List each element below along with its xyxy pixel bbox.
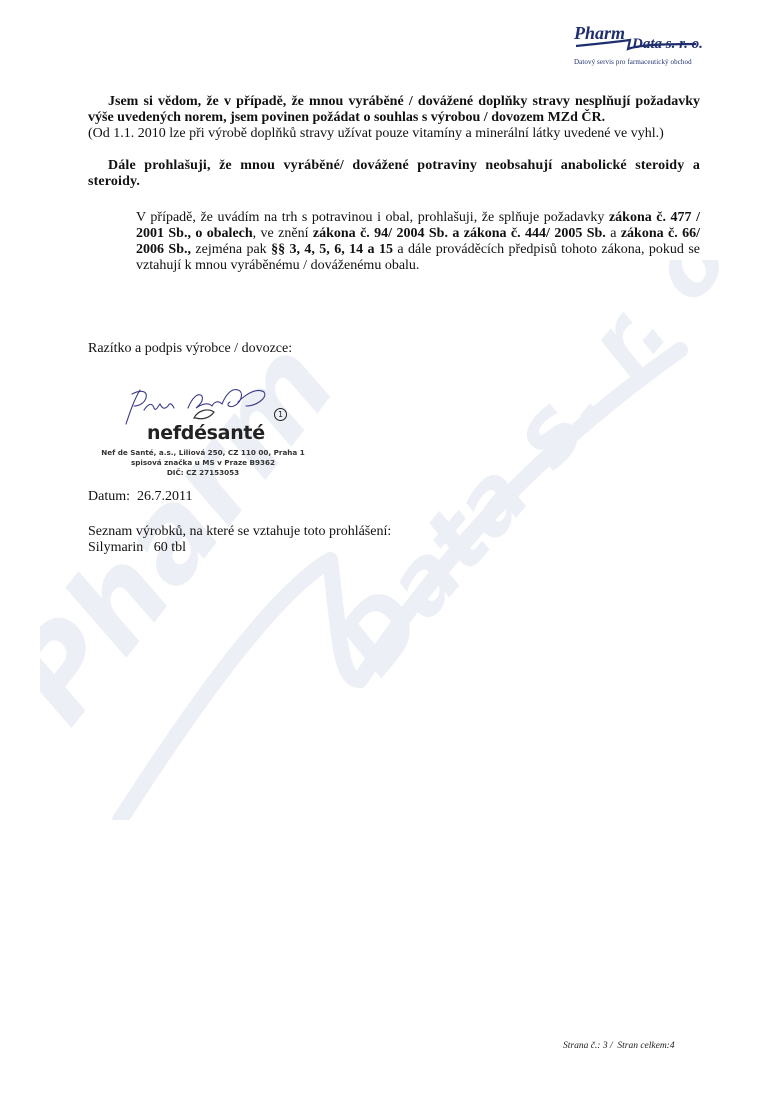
company-stamp: 1 nefdésanté Nef de Santé, a.s., Liliová… [88,384,318,480]
svg-text:Data s. r. o.: Data s. r. o. [631,36,703,52]
logo-tagline: Datový servis pro farmaceutický obchod [574,58,692,66]
page-current: 3 [603,1041,608,1051]
date-value: 26.7.2011 [137,489,192,504]
paragraph-compliance: Jsem si vědom, že v případě, že mnou vyr… [88,94,700,126]
paragraph-steroids: Dále prohlašuji, že mnou vyráběné/ dováž… [88,158,700,190]
stamp-brand: nefdésanté [147,422,265,444]
watermark-text-2: Data s. r. o. [316,260,760,694]
product-name: Silymarin [88,540,143,555]
page-footer: Strana č.: 3 / Stran celkem:4 [563,1041,675,1051]
product-quantity: 60 tbl [154,540,186,555]
pharmdata-logo-mark: Pharm Data s. r. o. [566,22,716,58]
products-label: Seznam výrobků, na které se vztahuje tot… [88,524,391,540]
date-line: Datum: 26.7.2011 [88,489,192,505]
signature-label: Razítko a podpis výrobce / dovozce: [88,341,292,357]
document-page: Pharm Data s. r. o. Pharm Data s. r. o. … [0,0,777,1100]
stamp-registration: spisová značka u MS v Praze B9362 [88,458,318,467]
registered-mark: 1 [274,408,287,421]
declaration-text: Jsem si vědom, že v případě, že mnou vyr… [88,94,700,274]
product-item: Silymarin 60 tbl [88,540,186,556]
paragraph-packaging: V případě, že uvádím na trh s potravinou… [136,210,700,274]
svg-text:Pharm: Pharm [573,23,625,43]
date-label: Datum: [88,489,130,504]
page-total: 4 [670,1041,675,1051]
stamp-tax-id: DIČ: CZ 27153053 [88,468,318,477]
pharmdata-logo: Pharm Data s. r. o. Datový servis pro fa… [566,22,716,70]
stamp-address: Nef de Santé, a.s., Liliová 250, CZ 110 … [88,448,318,457]
paragraph-note: (Od 1.1. 2010 lze při výrobě doplňků str… [88,126,700,142]
